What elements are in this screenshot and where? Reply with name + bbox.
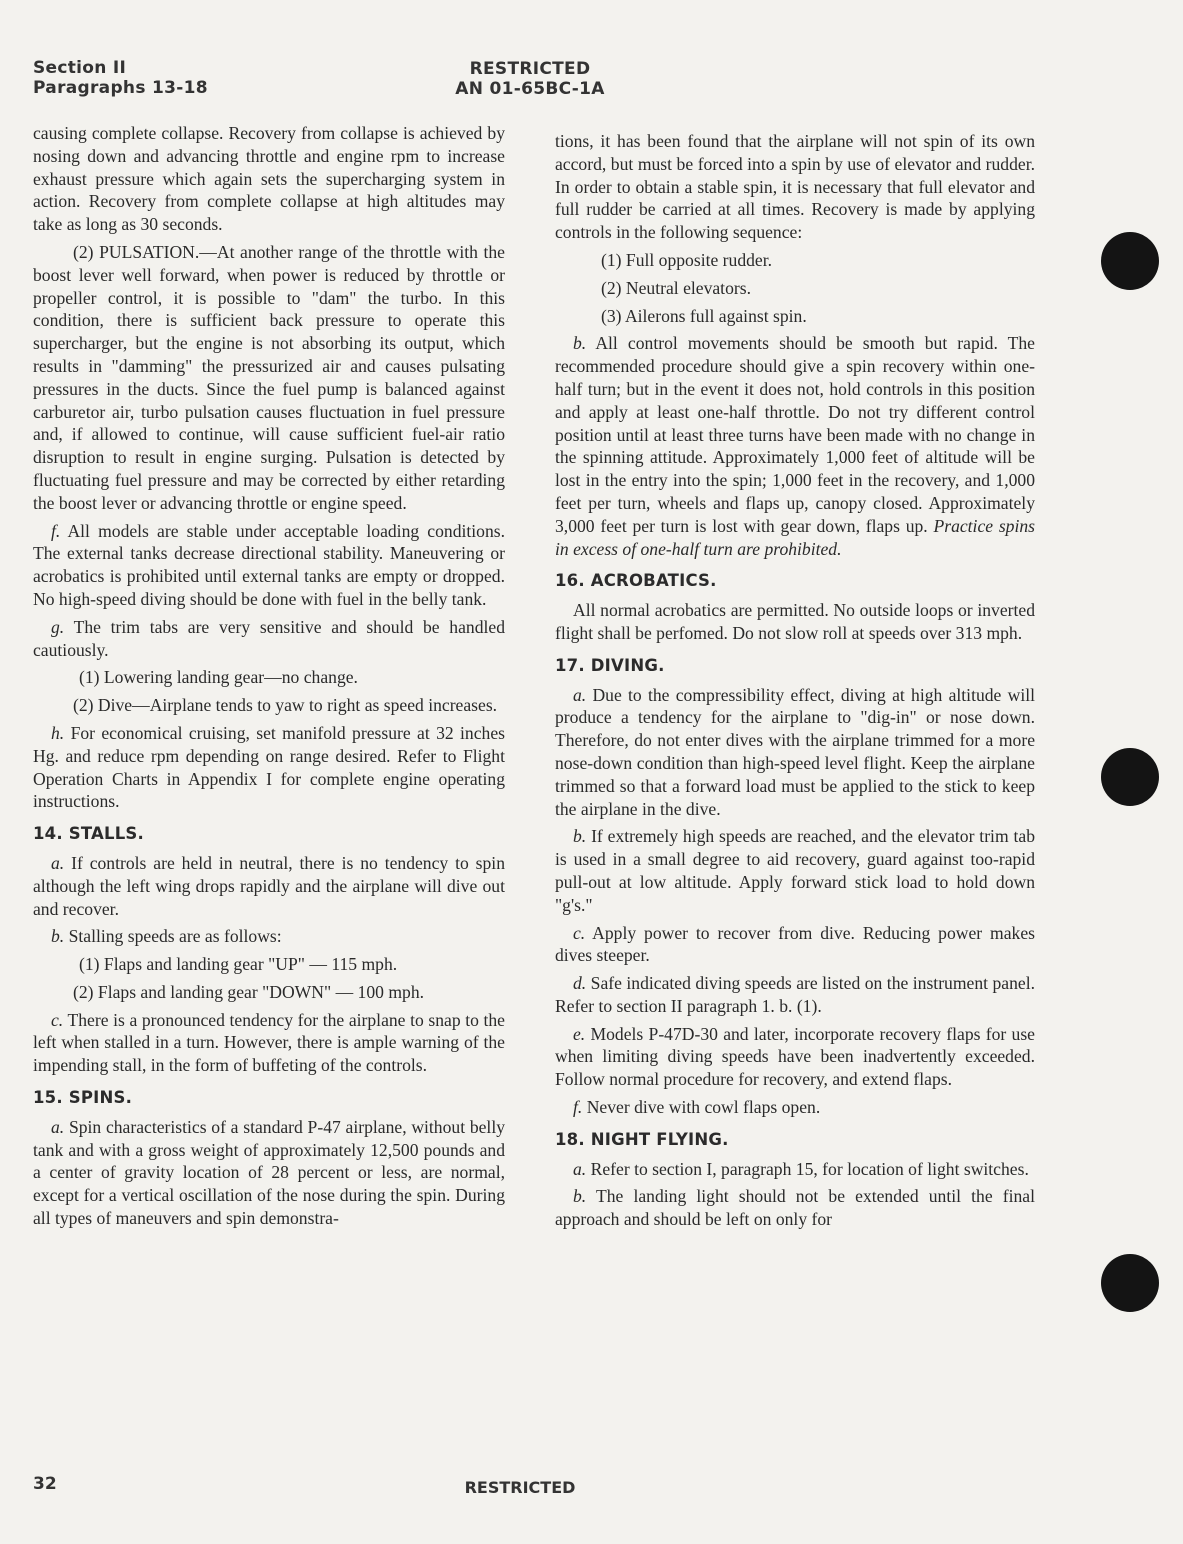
item-label: a. (51, 1117, 64, 1137)
item-text: All control movements should be smooth b… (555, 333, 1035, 535)
item-text: Never dive with cowl flaps open. (582, 1097, 820, 1117)
item-text: Due to the compressibility effect, divin… (555, 685, 1035, 819)
right-column: tions, it has been found that the airpla… (555, 130, 1035, 1236)
paragraph: b. If extremely high speeds are reached,… (555, 825, 1035, 916)
item-text: Apply power to recover from dive. Reduci… (555, 923, 1035, 966)
item-text: There is a pronounced tendency for the a… (33, 1010, 505, 1076)
paragraph: a. Due to the compressibility effect, di… (555, 684, 1035, 821)
binder-hole-icon (1101, 748, 1159, 806)
paragraph: d. Safe indicated diving speeds are list… (555, 972, 1035, 1018)
item-text: Safe indicated diving speeds are listed … (555, 973, 1035, 1016)
binder-hole-icon (1101, 232, 1159, 290)
item-label: f. (573, 1097, 582, 1117)
list-item: (2) Flaps and landing gear "DOWN" — 100 … (33, 981, 505, 1004)
paragraph: b. Stalling speeds are as follows: (33, 925, 505, 948)
paragraph: a. If controls are held in neutral, ther… (33, 852, 505, 920)
item-text: All models are stable under acceptable l… (33, 521, 505, 609)
paragraph: All normal acrobatics are permitted. No … (555, 599, 1035, 645)
paragraph: e. Models P-47D-30 and later, incorporat… (555, 1023, 1035, 1091)
item-text: The landing light should not be extended… (555, 1186, 1035, 1229)
paragraphs-label: Paragraphs 13-18 (33, 78, 208, 98)
item-label: h. (51, 723, 64, 743)
paragraph: c. Apply power to recover from dive. Red… (555, 922, 1035, 968)
item-label: f. (51, 521, 60, 541)
item-text: Stalling speeds are as follows: (64, 926, 281, 946)
item-label: a. (573, 685, 586, 705)
paragraph-f: f. All models are stable under acceptabl… (33, 520, 505, 611)
document-header: RESTRICTED AN 01-65BC-1A (440, 59, 620, 99)
paragraph-pulsation: (2) PULSATION.—At another range of the t… (33, 241, 505, 515)
item-label: c. (51, 1010, 63, 1030)
paragraph: tions, it has been found that the airpla… (555, 130, 1035, 244)
paragraph: causing complete collapse. Recovery from… (33, 122, 505, 236)
item-label: b. (573, 826, 586, 846)
list-item: (1) Lowering landing gear—no change. (33, 666, 505, 689)
item-text: Spin characteristics of a standard P-47 … (33, 1117, 505, 1228)
footer-classification: RESTRICTED (460, 1478, 580, 1497)
section-heading-spins: 15. SPINS. (33, 1087, 505, 1110)
list-item: (1) Full opposite rudder. (555, 249, 1035, 272)
item-text: For economical cruising, set manifold pr… (33, 723, 505, 811)
document-number: AN 01-65BC-1A (440, 79, 620, 99)
item-text: If controls are held in neutral, there i… (33, 853, 505, 919)
list-item: (1) Flaps and landing gear "UP" — 115 mp… (33, 953, 505, 976)
paragraph: a. Spin characteristics of a standard P-… (33, 1116, 505, 1230)
item-label: a. (51, 853, 64, 873)
item-label: c. (573, 923, 585, 943)
paragraph: a. Refer to section I, paragraph 15, for… (555, 1158, 1035, 1181)
item-label: g. (51, 617, 64, 637)
item-text: Refer to section I, paragraph 15, for lo… (586, 1159, 1029, 1179)
section-heading-diving: 17. DIVING. (555, 655, 1035, 678)
item-label: a. (573, 1159, 586, 1179)
item-label: b. (51, 926, 64, 946)
paragraph-g: g. The trim tabs are very sensitive and … (33, 616, 505, 662)
list-item: (2) Neutral elevators. (555, 277, 1035, 300)
item-text: The trim tabs are very sensitive and sho… (33, 617, 505, 660)
section-heading-acrobatics: 16. ACROBATICS. (555, 570, 1035, 593)
list-item: (3) Ailerons full against spin. (555, 305, 1035, 328)
item-label: b. (573, 1186, 586, 1206)
paragraph: b. All control movements should be smoot… (555, 332, 1035, 560)
list-item: (2) Dive—Airplane tends to yaw to right … (33, 694, 505, 717)
page-number: 32 (33, 1474, 57, 1494)
item-label: d. (573, 973, 586, 993)
section-label: Section II (33, 58, 208, 78)
paragraph-h: h. For economical cruising, set manifold… (33, 722, 505, 813)
section-heading-night-flying: 18. NIGHT FLYING. (555, 1129, 1035, 1152)
item-text: Models P-47D-30 and later, incorporate r… (555, 1024, 1035, 1090)
item-label: e. (573, 1024, 585, 1044)
paragraph: f. Never dive with cowl flaps open. (555, 1096, 1035, 1119)
classification-label: RESTRICTED (440, 59, 620, 79)
section-header: Section II Paragraphs 13-18 (33, 58, 208, 98)
paragraph: b. The landing light should not be exten… (555, 1185, 1035, 1231)
left-column: causing complete collapse. Recovery from… (33, 122, 505, 1235)
binder-hole-icon (1101, 1254, 1159, 1312)
paragraph: c. There is a pronounced tendency for th… (33, 1009, 505, 1077)
item-text: If extremely high speeds are reached, an… (555, 826, 1035, 914)
item-label: b. (573, 333, 586, 353)
section-heading-stalls: 14. STALLS. (33, 823, 505, 846)
